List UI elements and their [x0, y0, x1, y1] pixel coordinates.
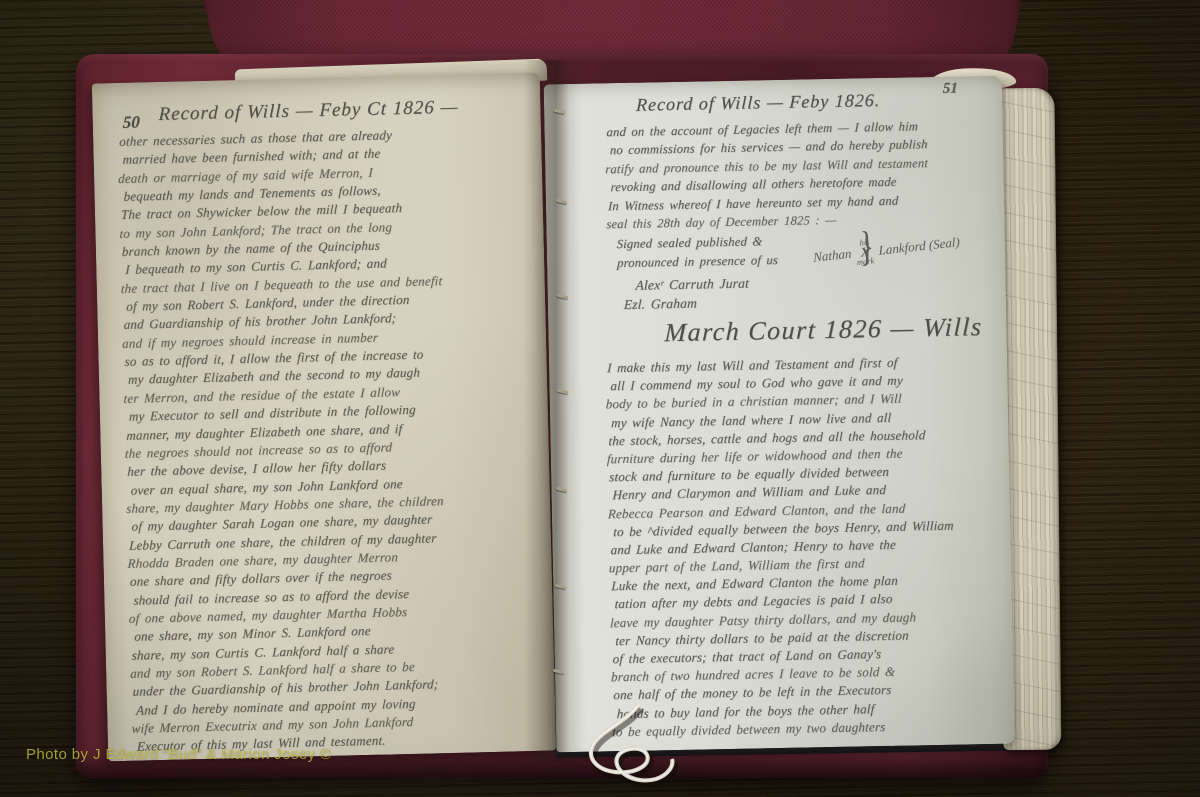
witness-signature: Ezl. Graham	[624, 290, 869, 314]
page-number-50: 50	[122, 112, 140, 132]
right-page-heading: Record of Wills — Feby 1826.	[636, 90, 881, 116]
photo-scene: 50 Record of Wills — Feby Ct 1826 — othe…	[0, 0, 1200, 797]
his-x-mark: his X mark	[856, 237, 875, 266]
march-will-text: I make this my last Will and Testament a…	[607, 352, 1010, 741]
march-court-heading: March Court 1826 — Wills	[664, 312, 983, 348]
photographer-watermark: Photo by J Edward “Bud” & Marion Josey ©	[26, 746, 332, 763]
signature-surname-seal: Lankford (Seal)	[878, 234, 960, 259]
will-conclusion-text: and on the account of Legacies left them…	[606, 116, 1000, 234]
right-page: 51 Record of Wills — Feby 1826. and on t…	[544, 76, 1015, 753]
left-page: 50 Record of Wills — Feby Ct 1826 — othe…	[92, 73, 556, 762]
left-page-heading: Record of Wills — Feby Ct 1826 —	[158, 97, 458, 126]
signature-first-name: Nathan	[813, 245, 852, 265]
page-number-51: 51	[943, 81, 959, 98]
binding-string	[558, 703, 718, 797]
mark-label: mark	[857, 256, 875, 266]
left-page-manuscript: other necessaries such as those that are…	[119, 123, 534, 756]
